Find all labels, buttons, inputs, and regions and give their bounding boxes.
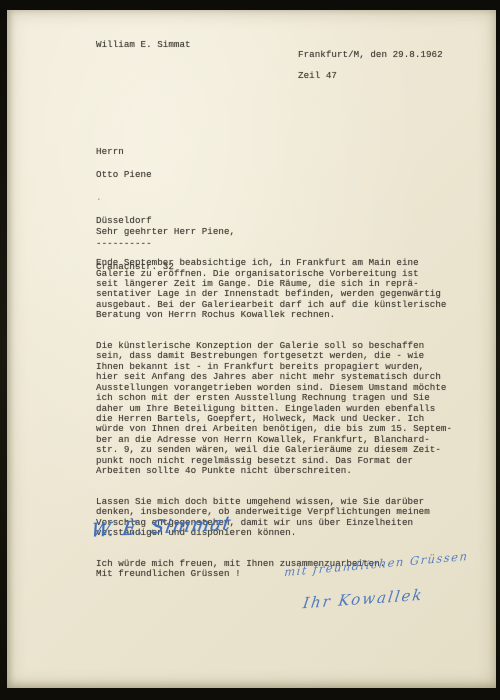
date-block: Frankfurt/M, den 29.8.1962 Zeil 47 <box>298 40 443 92</box>
sender-street: Zeil 47 <box>298 71 443 81</box>
sender-name: William E. Simmat <box>96 40 191 50</box>
salutation: Sehr geehrter Herr Piene, <box>96 227 456 237</box>
letter-body: Sehr geehrter Herr Piene, Ende September… <box>96 217 456 600</box>
letter-page: William E. Simmat Frankfurt/M, den 29.8.… <box>7 10 496 688</box>
paragraph-1: Ende September beabsichtige ich, in Fran… <box>96 258 456 320</box>
recipient-name: Otto Piene <box>96 169 174 181</box>
recipient-prefix: Herrn <box>96 146 174 158</box>
photo-frame: William E. Simmat Frankfurt/M, den 29.8.… <box>0 0 500 700</box>
paragraph-2: Die künstlerische Konzeption der Galerie… <box>96 341 456 476</box>
place-and-date: Frankfurt/M, den 29.8.1962 <box>298 50 443 60</box>
stray-typewriter-mark: . <box>96 192 174 204</box>
